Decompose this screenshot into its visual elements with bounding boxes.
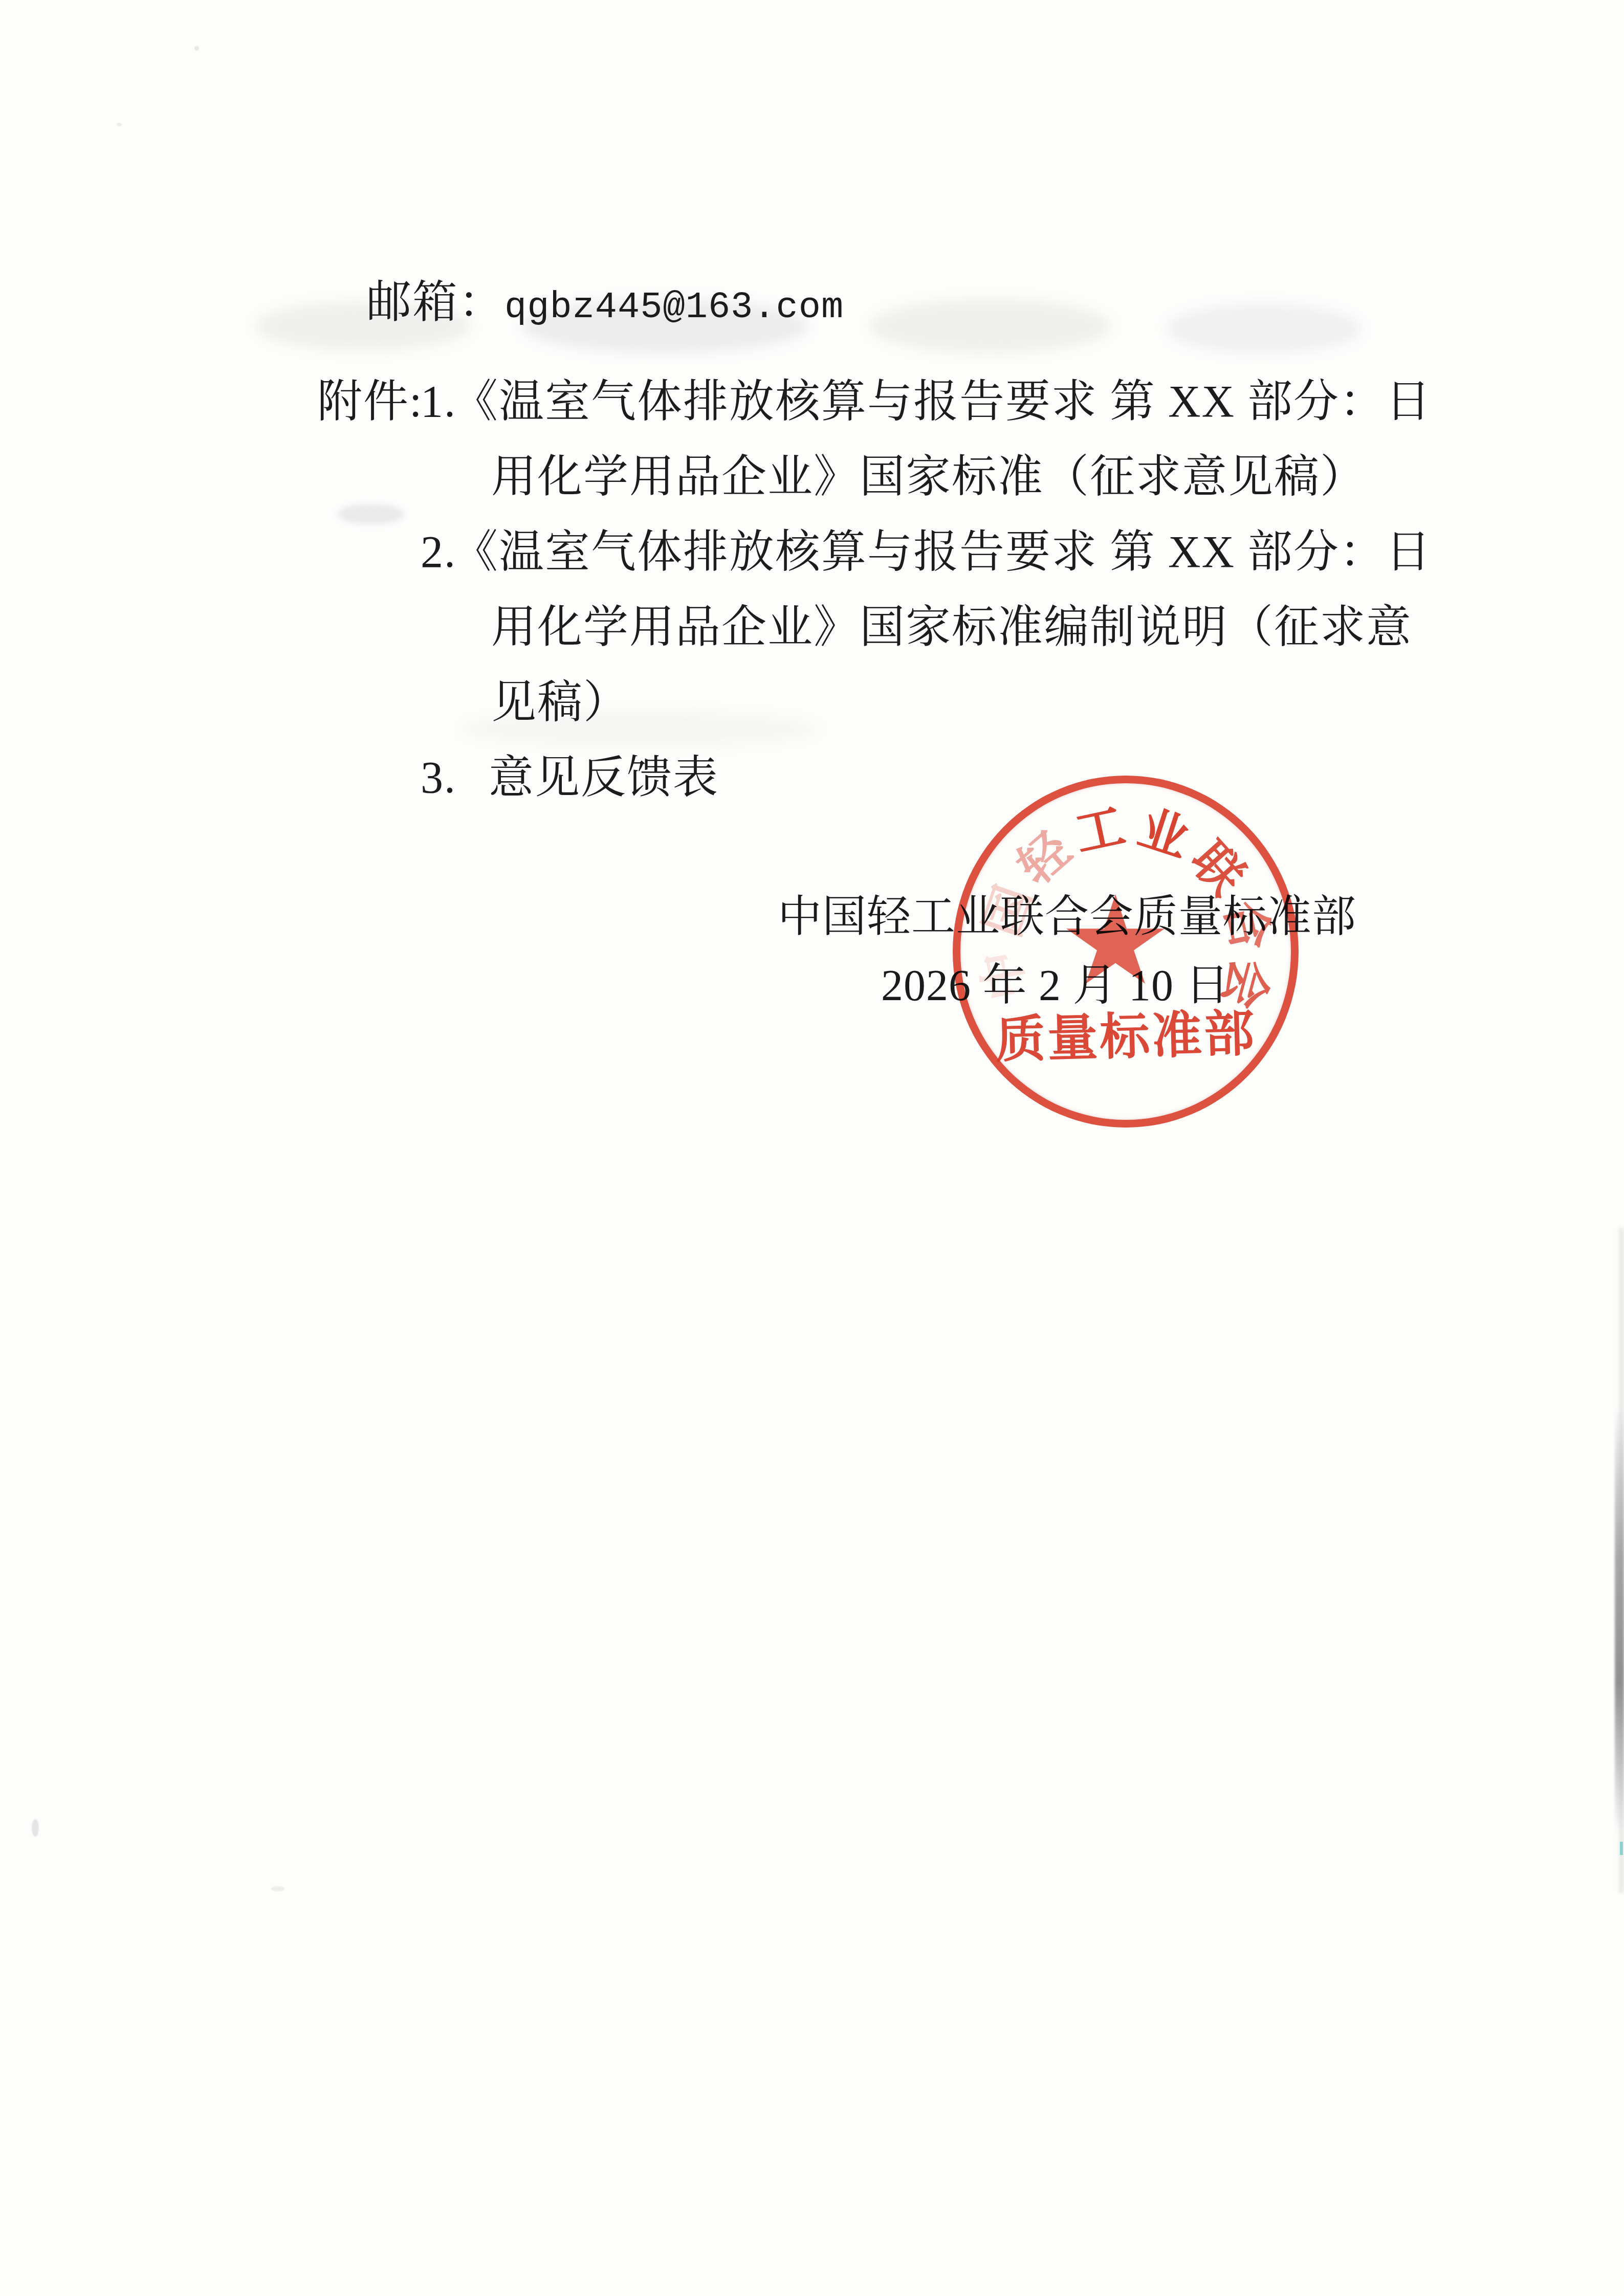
attachment-line-1: 附件: 1. 《温室气体排放核算与报告要求 第 XX 部分：日 <box>0 376 1624 453</box>
attachments-label: 附件: <box>317 376 423 428</box>
scan-edge-streak-soft <box>1619 1228 1624 1893</box>
attachment-2-number: 2. <box>421 526 456 578</box>
attachment-1-title-part2: 用化学用品企业》国家标准（征求意见稿） <box>491 451 1366 503</box>
scan-speck <box>117 123 122 126</box>
attachment-line-3: 2. 《温室气体排放核算与报告要求 第 XX 部分：日 <box>0 526 1624 603</box>
attachment-1-number: 1. <box>421 376 456 428</box>
scan-smudge <box>1167 304 1361 353</box>
email-line: 邮箱：qgbz445@163.com <box>317 225 844 381</box>
attachment-2-title-part2: 用化学用品企业》国家标准编制说明（征求意 <box>491 602 1412 653</box>
signature-date: 2026 年 2 月 10 日 <box>881 950 1230 1013</box>
attachment-1-title-part1: 《温室气体排放核算与报告要求 第 XX 部分：日 <box>453 376 1432 428</box>
email-label: 邮箱： <box>366 278 504 327</box>
attachment-line-2: 用化学用品企业》国家标准（征求意见稿） <box>0 451 1624 528</box>
scan-edge-tick <box>1620 1842 1623 1855</box>
attachment-2-title-part3: 见稿） <box>491 677 629 728</box>
attachment-2-title-part1: 《温室气体排放核算与报告要求 第 XX 部分：日 <box>453 526 1432 578</box>
attachment-3-number: 3. <box>421 752 456 804</box>
scan-speck <box>194 46 199 51</box>
attachment-3-title: 意见反馈表 <box>489 752 719 804</box>
scan-smudge <box>870 299 1110 353</box>
scan-speck <box>32 1819 39 1837</box>
attachment-line-6: 3. 意见反馈表 <box>0 752 1624 829</box>
attachment-line-5: 见稿） <box>0 677 1624 754</box>
scan-speck <box>271 1886 284 1891</box>
document-page: 邮箱：qgbz445@163.com 附件: 1. 《温室气体排放核算与报告要求… <box>0 0 1624 2296</box>
signature-organization: 中国轻工业联合会质量标准部 <box>778 881 1356 944</box>
email-address: qgbz445@163.com <box>504 286 844 328</box>
attachment-line-4: 用化学用品企业》国家标准编制说明（征求意 <box>0 602 1624 678</box>
